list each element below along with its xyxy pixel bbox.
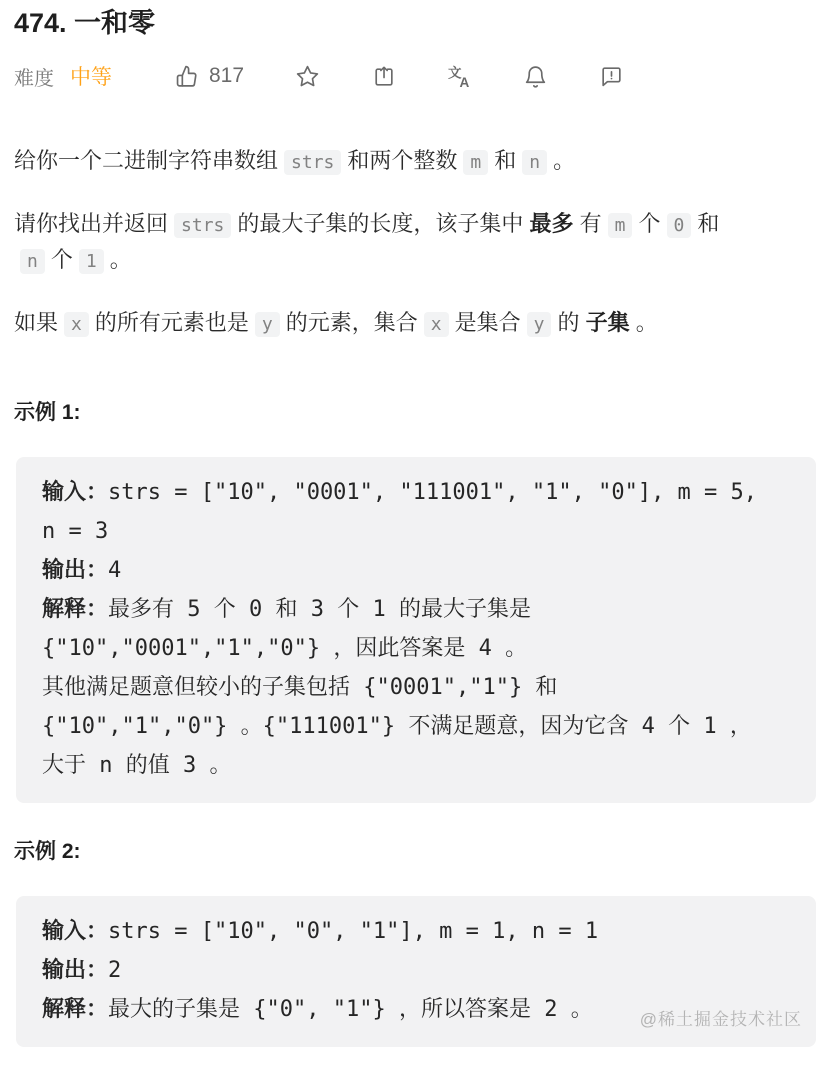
text-run: 有 bbox=[574, 211, 602, 236]
feedback-button[interactable] bbox=[599, 64, 624, 89]
like-count: 817 bbox=[209, 64, 244, 88]
text-run: 。 bbox=[630, 310, 658, 335]
bell-icon bbox=[523, 64, 548, 89]
code-line: n = 3 bbox=[42, 512, 790, 551]
code-text: n = 3 bbox=[42, 519, 108, 544]
description-paragraph: 请你找出并返回strs的最大子集的长度，该子集中 最多 有m个0和n个1。 bbox=[14, 207, 816, 279]
text-run: 的最大子集的长度，该子集中 bbox=[237, 211, 529, 236]
text-run: 。 bbox=[110, 247, 132, 272]
difficulty-badge: 中等 bbox=[70, 61, 112, 91]
example-1-code-block: 输入：strs = ["10", "0001", "111001", "1", … bbox=[16, 457, 816, 803]
inline-code: x bbox=[64, 312, 89, 337]
code-line: 输出：4 bbox=[42, 551, 790, 590]
inline-code: strs bbox=[284, 150, 341, 175]
text-run: 如果 bbox=[14, 310, 58, 335]
difficulty-label: 难度 bbox=[14, 62, 54, 91]
share-icon bbox=[371, 64, 396, 89]
favorite-button[interactable] bbox=[295, 64, 320, 89]
inline-code: m bbox=[463, 150, 488, 175]
translate-button[interactable]: 文 A bbox=[447, 64, 472, 89]
text-run: 的 bbox=[557, 310, 585, 335]
bold-text: 子集 bbox=[586, 310, 630, 335]
text-run: 。 bbox=[553, 148, 575, 173]
code-line: 解释：最多有 5 个 0 和 3 个 1 的最大子集是 bbox=[42, 590, 790, 629]
star-icon bbox=[295, 64, 320, 89]
text-run: 和两个整数 bbox=[347, 148, 457, 173]
code-label: 解释： bbox=[42, 997, 108, 1022]
example-2-heading: 示例 2: bbox=[14, 839, 816, 865]
example-2-code-block: 输入：strs = ["10", "0", "1"], m = 1, n = 1… bbox=[16, 896, 816, 1047]
code-line: 输入：strs = ["10", "0001", "111001", "1", … bbox=[42, 473, 790, 512]
bold-text: 最多 bbox=[530, 211, 574, 236]
text-run: 请你找出并返回 bbox=[14, 211, 168, 236]
description-paragraph: 如果x的所有元素也是y的元素，集合x是集合y的 子集 。 bbox=[14, 306, 816, 342]
code-label: 解释： bbox=[42, 597, 108, 622]
like-button[interactable]: 817 bbox=[174, 64, 244, 89]
share-button[interactable] bbox=[371, 64, 396, 89]
text-run: 和 bbox=[697, 211, 719, 236]
inline-code: 0 bbox=[667, 213, 692, 238]
code-label: 输入： bbox=[42, 919, 108, 944]
text-run: 的所有元素也是 bbox=[95, 310, 249, 335]
page-title: 474. 一和零 bbox=[14, 8, 816, 38]
inline-code: x bbox=[424, 312, 449, 337]
code-line: 其他满足题意但较小的子集包括 {"0001","1"} 和 bbox=[42, 668, 790, 707]
text-run: 和 bbox=[494, 148, 516, 173]
inline-code: y bbox=[527, 312, 552, 337]
code-text: {"10","0001","1","0"} ，因此答案是 4 。 bbox=[42, 636, 527, 661]
code-text: strs = ["10", "0", "1"], m = 1, n = 1 bbox=[108, 919, 598, 944]
translate-icon: 文 A bbox=[447, 64, 472, 89]
watermark: @稀土掘金技术社区 bbox=[640, 1000, 802, 1039]
meta-row: 难度 中等 817 文 A bbox=[14, 60, 816, 92]
code-label: 输入： bbox=[42, 480, 108, 505]
code-text: 其他满足题意但较小的子集包括 {"0001","1"} 和 bbox=[42, 675, 557, 700]
inline-code: m bbox=[608, 213, 633, 238]
text-run: 是集合 bbox=[455, 310, 521, 335]
thumbs-up-icon bbox=[174, 64, 199, 89]
code-text: 2 bbox=[108, 958, 121, 983]
text-run: 个 bbox=[51, 247, 73, 272]
text-run: 个 bbox=[638, 211, 660, 236]
problem-page: 474. 一和零 难度 中等 817 文 A bbox=[0, 0, 832, 1047]
code-text: 4 bbox=[108, 558, 121, 583]
inline-code: 1 bbox=[79, 249, 104, 274]
code-text: {"10","1","0"} 。{"111001"} 不满足题意，因为它含 4 … bbox=[42, 714, 752, 739]
code-line: 输出：2 bbox=[42, 951, 790, 990]
problem-description: 给你一个二进制字符串数组strs和两个整数m和n。 请你找出并返回strs的最大… bbox=[14, 144, 816, 342]
code-line: 大于 n 的值 3 。 bbox=[42, 746, 790, 785]
code-line: 输入：strs = ["10", "0", "1"], m = 1, n = 1 bbox=[42, 912, 790, 951]
code-text: 大于 n 的值 3 。 bbox=[42, 753, 231, 778]
inline-code: n bbox=[20, 249, 45, 274]
description-paragraph: 给你一个二进制字符串数组strs和两个整数m和n。 bbox=[14, 144, 816, 180]
code-label: 输出： bbox=[42, 558, 108, 583]
code-text: 最大的子集是 {"0", "1"} ，所以答案是 2 。 bbox=[108, 997, 593, 1022]
code-line: {"10","0001","1","0"} ，因此答案是 4 。 bbox=[42, 629, 790, 668]
feedback-icon bbox=[599, 64, 624, 89]
code-text: 最多有 5 个 0 和 3 个 1 的最大子集是 bbox=[108, 597, 531, 622]
example-1-heading: 示例 1: bbox=[14, 400, 816, 426]
code-line: {"10","1","0"} 。{"111001"} 不满足题意，因为它含 4 … bbox=[42, 707, 790, 746]
text-run: 给你一个二进制字符串数组 bbox=[14, 148, 278, 173]
notifications-button[interactable] bbox=[523, 64, 548, 89]
svg-text:A: A bbox=[460, 74, 470, 88]
inline-code: n bbox=[522, 150, 547, 175]
code-label: 输出： bbox=[42, 958, 108, 983]
inline-code: y bbox=[255, 312, 280, 337]
text-run: 的元素，集合 bbox=[286, 310, 418, 335]
inline-code: strs bbox=[174, 213, 231, 238]
code-text: strs = ["10", "0001", "111001", "1", "0"… bbox=[108, 480, 757, 505]
